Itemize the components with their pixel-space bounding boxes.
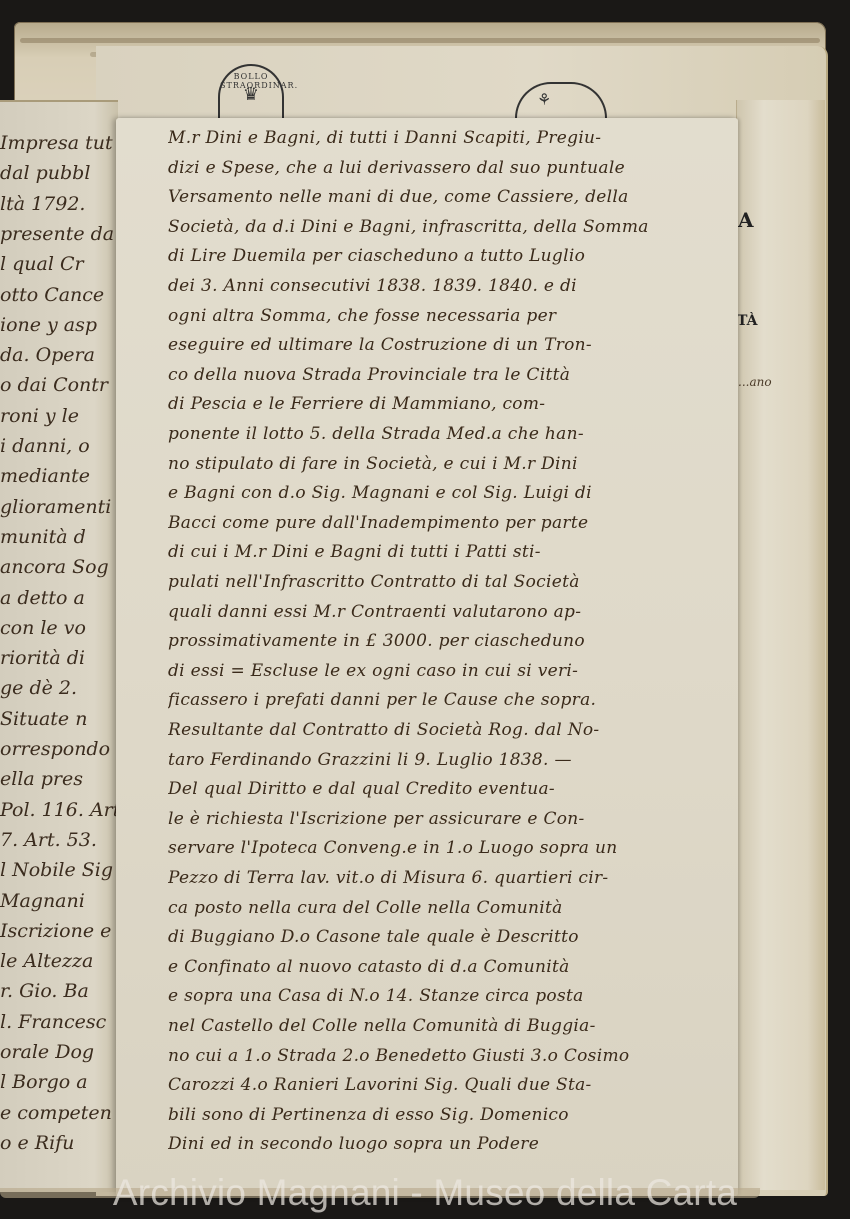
handwritten-line: di Pescia e le Ferriere di Mammiano, com… [168, 394, 738, 414]
handwritten-line: Dini ed in secondo luogo sopra un Podere [168, 1134, 738, 1154]
handwritten-line: e sopra una Casa di N.o 14. Stanze circa… [168, 986, 738, 1006]
handwritten-line: bili sono di Pertinenza di esso Sig. Dom… [168, 1105, 738, 1125]
handwritten-line: di Lire Duemila per ciascheduno a tutto … [168, 246, 738, 266]
handwritten-fragment: ...ano [738, 375, 772, 389]
left-page-line: ancora Sog [0, 556, 118, 578]
handwritten-line: no stipulato di fare in Società, e cui i… [168, 454, 738, 474]
handwritten-line: servare l'Ipoteca Conveng.e in 1.o Luogo… [168, 838, 738, 858]
left-page-line: ella pres [0, 768, 118, 790]
left-page-line: Iscrizione e [0, 920, 118, 942]
left-page-line: ione y asp [0, 314, 118, 336]
handwritten-line: di Buggiano D.o Casone tale quale è Desc… [168, 927, 738, 947]
left-page-line: e competen [0, 1102, 118, 1124]
handwritten-line: eseguire ed ultimare la Costruzione di u… [168, 335, 738, 355]
handwritten-line: ficassero i prefati danni per le Cause c… [168, 690, 738, 710]
handwritten-line: M.r Dini e Bagni, di tutti i Danni Scapi… [168, 128, 738, 148]
left-page-line: Situate n [0, 708, 118, 730]
left-page-line: i danni, o [0, 435, 118, 457]
left-page-line: l. Francesc [0, 1011, 118, 1033]
handwritten-line: Resultante dal Contratto di Società Rog.… [168, 720, 738, 740]
crown-coat-of-arms-icon: ♛ [220, 84, 282, 105]
left-page-line: 7. Art. 53. [0, 829, 118, 851]
frayed-edge [20, 38, 820, 43]
left-page-line: ltà 1792. [0, 193, 118, 215]
handwritten-line: Carozzi 4.o Ranieri Lavorini Sig. Quali … [168, 1075, 738, 1095]
handwritten-line: no cui a 1.o Strada 2.o Benedetto Giusti… [168, 1046, 738, 1066]
handwritten-line: prossimativamente in £ 3000. per ciasche… [168, 631, 738, 651]
left-page-line: a detto a [0, 587, 118, 609]
left-page-line: riorità di [0, 647, 118, 669]
left-page-line: con le vo [0, 617, 118, 639]
printed-fragment: TÀ [737, 313, 758, 329]
left-page-line: l Borgo a [0, 1071, 118, 1093]
handwritten-line: Società, da d.i Dini e Bagni, infrascrit… [168, 217, 738, 237]
handwritten-line: e Confinato al nuovo catasto di d.a Comu… [168, 957, 738, 977]
left-page-line: munità d [0, 526, 118, 548]
printed-letter: A [738, 208, 754, 232]
left-page-line: Pol. 116. Art [0, 799, 118, 821]
left-page-line: o dai Contr [0, 374, 118, 396]
left-page-line: orale Dog [0, 1041, 118, 1063]
handwritten-line: nel Castello del Colle nella Comunità di… [168, 1016, 738, 1036]
handwritten-line: Pezzo di Terra lav. vit.o di Misura 6. q… [168, 868, 738, 888]
left-page-line: da. Opera [0, 344, 118, 366]
handwritten-line: le è richiesta l'Iscrizione per assicura… [168, 809, 738, 829]
handwritten-line: dizi e Spese, che a lui derivassero dal … [168, 158, 738, 178]
left-page-line: l qual Cr [0, 253, 118, 275]
handwritten-line: taro Ferdinando Grazzini li 9. Luglio 18… [168, 750, 738, 770]
handwritten-line: ogni altra Somma, che fosse necessaria p… [168, 306, 738, 326]
left-page-line: r. Gio. Ba [0, 980, 118, 1002]
left-page-line: Magnani [0, 890, 118, 912]
handwritten-line: e Bagni con d.o Sig. Magnani e col Sig. … [168, 483, 738, 503]
handwritten-line: Versamento nelle mani di due, come Cassi… [168, 187, 738, 207]
handwritten-line: di cui i M.r Dini e Bagni di tutti i Pat… [168, 542, 738, 562]
left-page-line: dal pubbl [0, 162, 118, 184]
handwritten-line: dei 3. Anni consecutivi 1838. 1839. 1840… [168, 276, 738, 296]
left-page-line: l Nobile Sig [0, 859, 118, 881]
left-page-line: roni y le [0, 405, 118, 427]
left-page-line: ge dè 2. [0, 677, 118, 699]
tax-stamp: BOLLO STRAORDINAR. ♛ [218, 64, 284, 118]
left-page-line: otto Cance [0, 284, 118, 306]
handwritten-line: pulati nell'Infrascritto Contratto di ta… [168, 572, 738, 592]
handwritten-line: co della nuova Strada Provinciale tra le… [168, 365, 738, 385]
handwritten-line: quali danni essi M.r Contraenti valutaro… [168, 602, 738, 622]
left-page-line: o e Rifu [0, 1132, 118, 1154]
handwritten-line: Bacci come pure dall'Inadempimento per p… [168, 513, 738, 533]
figure-seal-icon: ⚘ [537, 90, 551, 109]
right-page-strip [736, 100, 825, 1190]
handwritten-line: di essi = Escluse le ex ogni caso in cui… [168, 661, 738, 681]
left-page-line: Impresa tut [0, 132, 118, 154]
left-page-line: orrespondo Sp [0, 738, 118, 760]
handwritten-line: ca posto nella cura del Colle nella Comu… [168, 898, 738, 918]
archive-watermark: Archivio Magnani - Museo della Carta [0, 1172, 850, 1214]
left-page-line: glioramenti [0, 496, 118, 518]
left-page-line: mediante [0, 465, 118, 487]
left-page-line: le Altezza [0, 950, 118, 972]
handwritten-line: ponente il lotto 5. della Strada Med.a c… [168, 424, 738, 444]
left-page-line: presente da [0, 223, 118, 245]
handwritten-line: Del qual Diritto e dal qual Credito even… [168, 779, 738, 799]
